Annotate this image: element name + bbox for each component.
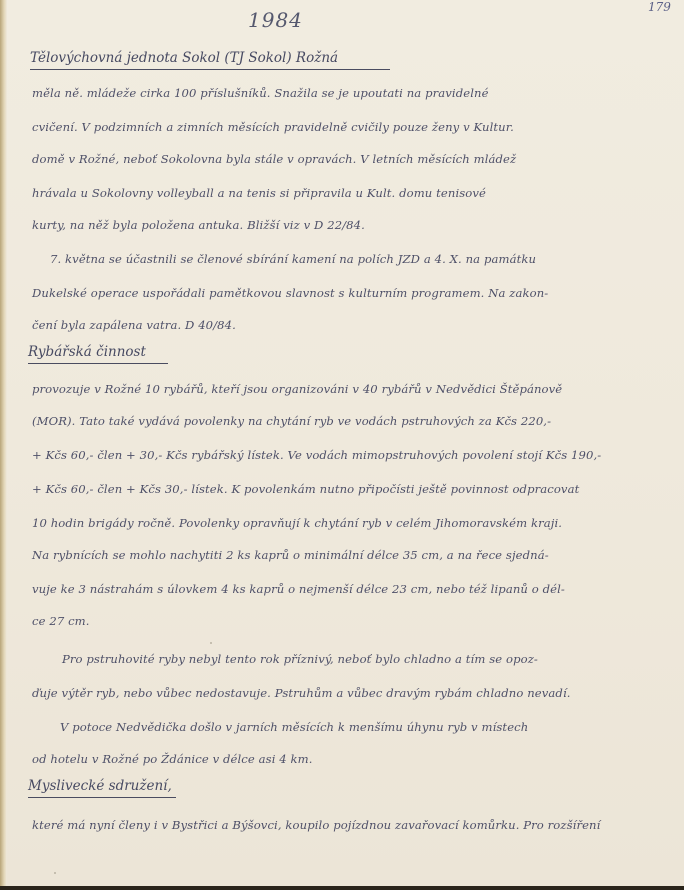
page-year: 1984 (248, 8, 303, 32)
text-line: ce 27 cm. (32, 614, 90, 628)
page-number: 179 (648, 0, 671, 14)
text-line: čení byla zapálena vatra. D 40/84. (32, 318, 236, 332)
text-line: + Kčs 60,- člen + Kčs 30,- lístek. K pov… (32, 482, 579, 496)
text-line: (MOR). Tato také vydává povolenky na chy… (32, 414, 551, 428)
text-line: domě v Rožné, neboť Sokolovna byla stále… (32, 152, 516, 166)
chronicle-page: 1984 179 Tělovýchovná jednota Sokol (TJ … (0, 0, 684, 886)
text-line-with-bold: Pro pstruhovité ryby nebyl tento rok pří… (62, 652, 538, 666)
text-line: vuje ke 3 nástrahám s úlovkem 4 ks kaprů… (32, 582, 565, 596)
text-line: 10 hodin brigády ročně. Povolenky opravň… (32, 516, 562, 530)
book-binding-edge (0, 0, 7, 886)
text-line: + Kčs 60,- člen + 30,- Kčs rybářský líst… (32, 448, 601, 462)
text-line: ďuje výtěr ryb, nebo vůbec nedostavuje. … (32, 686, 571, 700)
text-line: Na rybnících se mohlo nachytiti 2 ks kap… (32, 548, 549, 562)
text-line: které má nyní členy i v Bystřici a Býšov… (32, 818, 600, 832)
text-line: cvičení. V podzimních a zimních měsících… (32, 120, 514, 134)
paper-speck (54, 872, 56, 874)
text-line: od hotelu v Rožné po Ždánice v délce asi… (32, 752, 313, 766)
section-heading-fishing: Rybářská činnost (28, 344, 168, 364)
text-line: Dukelské operace uspořádali pamětkovou s… (32, 286, 548, 300)
section-heading-sokol: Tělovýchovná jednota Sokol (TJ Sokol) Ro… (30, 50, 390, 70)
section-heading-hunting: Myslivecké sdružení, (28, 778, 176, 798)
text-line: provozuje v Rožné 10 rybářů, kteří jsou … (32, 382, 562, 396)
text-line: měla ně. mládeže cirka 100 příslušníků. … (32, 86, 489, 100)
paper-speck (210, 642, 212, 644)
text-line: kurty, na něž byla položena antuka. Bliž… (32, 218, 365, 232)
text-line: 7. května se účastnili se členové sbírán… (50, 252, 536, 266)
text-line: hrávala u Sokolovny volleyball a na teni… (32, 186, 486, 200)
text-line: V potoce Nedvědička došlo v jarních měsí… (60, 720, 528, 734)
scan-bottom-edge (0, 886, 684, 890)
